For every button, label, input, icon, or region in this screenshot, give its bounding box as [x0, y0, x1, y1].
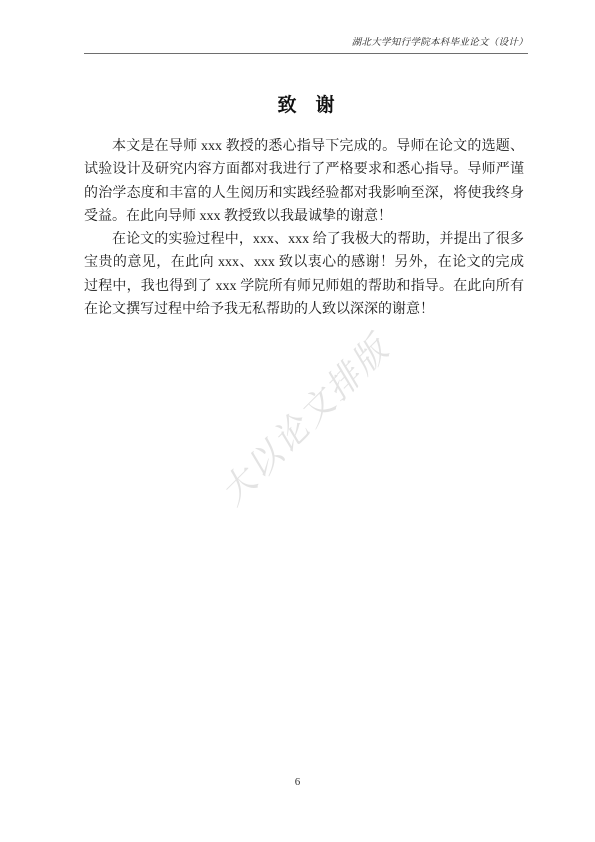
page-header: 湖北大学知行学院本科毕业论文（设计） — [84, 36, 528, 54]
acknowledgements-body: 本文是在导师 xxx 教授的悉心指导下完成的。导师在论文的选题、试验设计及研究内… — [84, 135, 524, 321]
diagonal-watermark: 大以论文排版 — [207, 322, 399, 514]
section-title-acknowledgements: 致 谢 — [84, 90, 528, 117]
paragraph: 在论文的实验过程中，xxx、xxx 给了我极大的帮助，并提出了很多宝贵的意见，在… — [84, 228, 524, 321]
thesis-page: 湖北大学知行学院本科毕业论文（设计） 致 谢 本文是在导师 xxx 教授的悉心指… — [0, 0, 595, 842]
header-rule — [84, 53, 528, 54]
header-running-title: 湖北大学知行学院本科毕业论文（设计） — [84, 36, 528, 50]
page-number: 6 — [0, 776, 595, 788]
paragraph: 本文是在导师 xxx 教授的悉心指导下完成的。导师在论文的选题、试验设计及研究内… — [84, 135, 524, 228]
